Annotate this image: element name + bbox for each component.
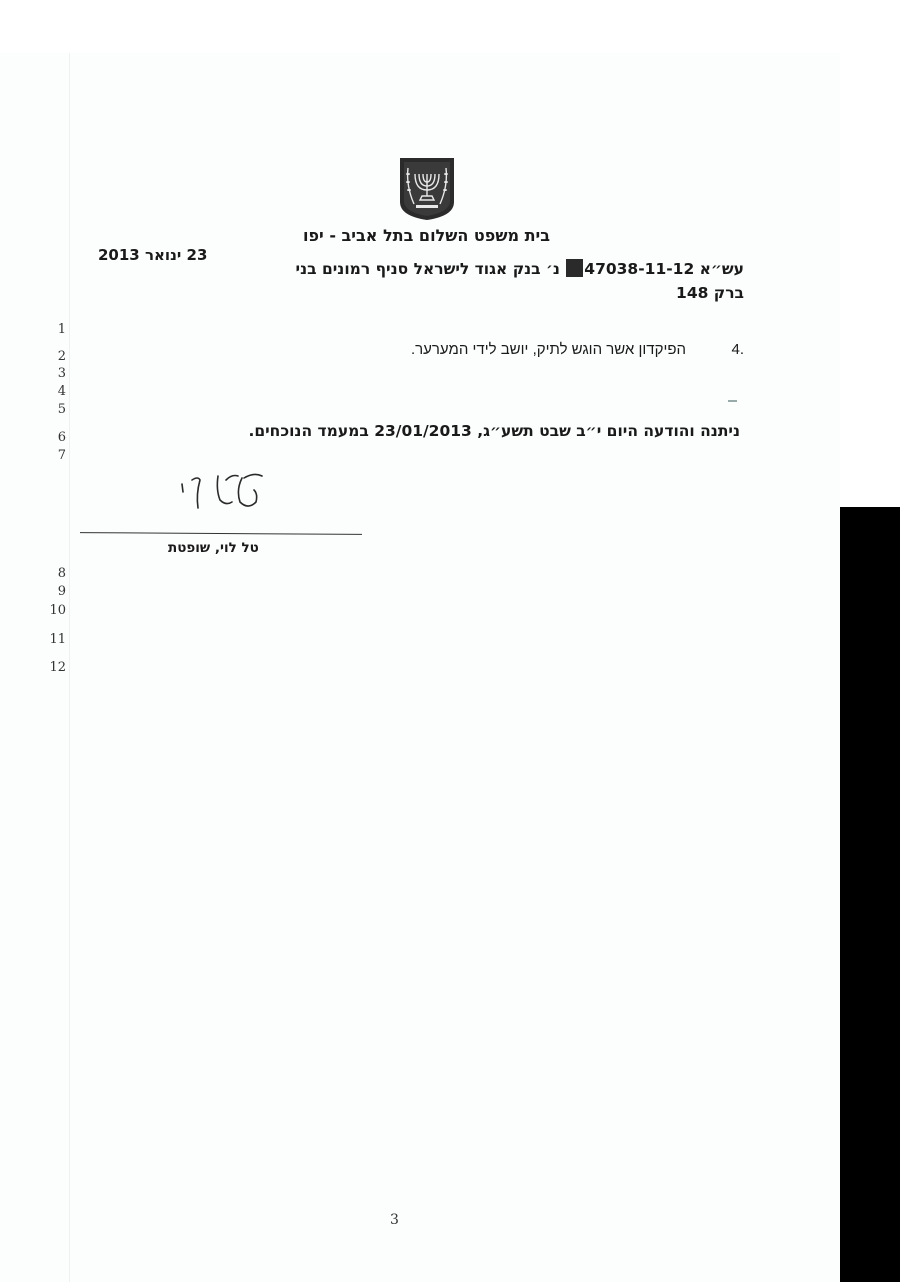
judge-name: טל לוי, שופטת bbox=[168, 540, 259, 556]
case-title: עש״א 47038-11-12 נ׳ בנק אגוד לישראל סניף… bbox=[284, 257, 744, 305]
given-statement: ניתנה והודעה היום י״ב שבט תשע״ג, 23/01/2… bbox=[248, 422, 740, 440]
redacted-block bbox=[566, 259, 583, 277]
page-number: 3 bbox=[390, 1212, 399, 1228]
scan-edge bbox=[69, 53, 70, 1282]
case-parties-continued: ברק 148 bbox=[676, 284, 744, 302]
scan-black-margin bbox=[840, 507, 900, 1282]
line-number: 4 bbox=[58, 384, 66, 399]
state-emblem-icon bbox=[398, 156, 456, 222]
paragraph-number: .4 bbox=[686, 341, 744, 358]
line-number: 9 bbox=[58, 584, 66, 599]
line-number: 12 bbox=[49, 660, 66, 675]
case-parties: נ׳ בנק אגוד לישראל סניף רמונים בני bbox=[296, 260, 560, 278]
document-date: 23 ינואר 2013 bbox=[98, 246, 207, 264]
court-name: בית משפט השלום בתל אביב - יפו bbox=[303, 226, 550, 245]
line-number: 5 bbox=[58, 402, 66, 417]
line-number: 6 bbox=[58, 430, 66, 445]
line-number: 10 bbox=[49, 603, 66, 618]
line-number: 1 bbox=[58, 322, 66, 337]
line-number: 8 bbox=[58, 566, 66, 581]
paragraph-text: הפיקדון אשר הוגש לתיק, יושב לידי המערער. bbox=[411, 341, 686, 358]
paragraph-item: .4הפיקדון אשר הוגש לתיק, יושב לידי המערע… bbox=[411, 341, 744, 358]
handwritten-signature bbox=[178, 470, 268, 515]
line-number: 2 bbox=[58, 349, 66, 364]
scan-speck bbox=[728, 400, 737, 402]
line-number: 7 bbox=[58, 448, 66, 463]
line-number: 11 bbox=[49, 632, 66, 647]
case-number: עש״א 47038-11-12 bbox=[584, 260, 744, 278]
line-number: 3 bbox=[58, 366, 66, 381]
